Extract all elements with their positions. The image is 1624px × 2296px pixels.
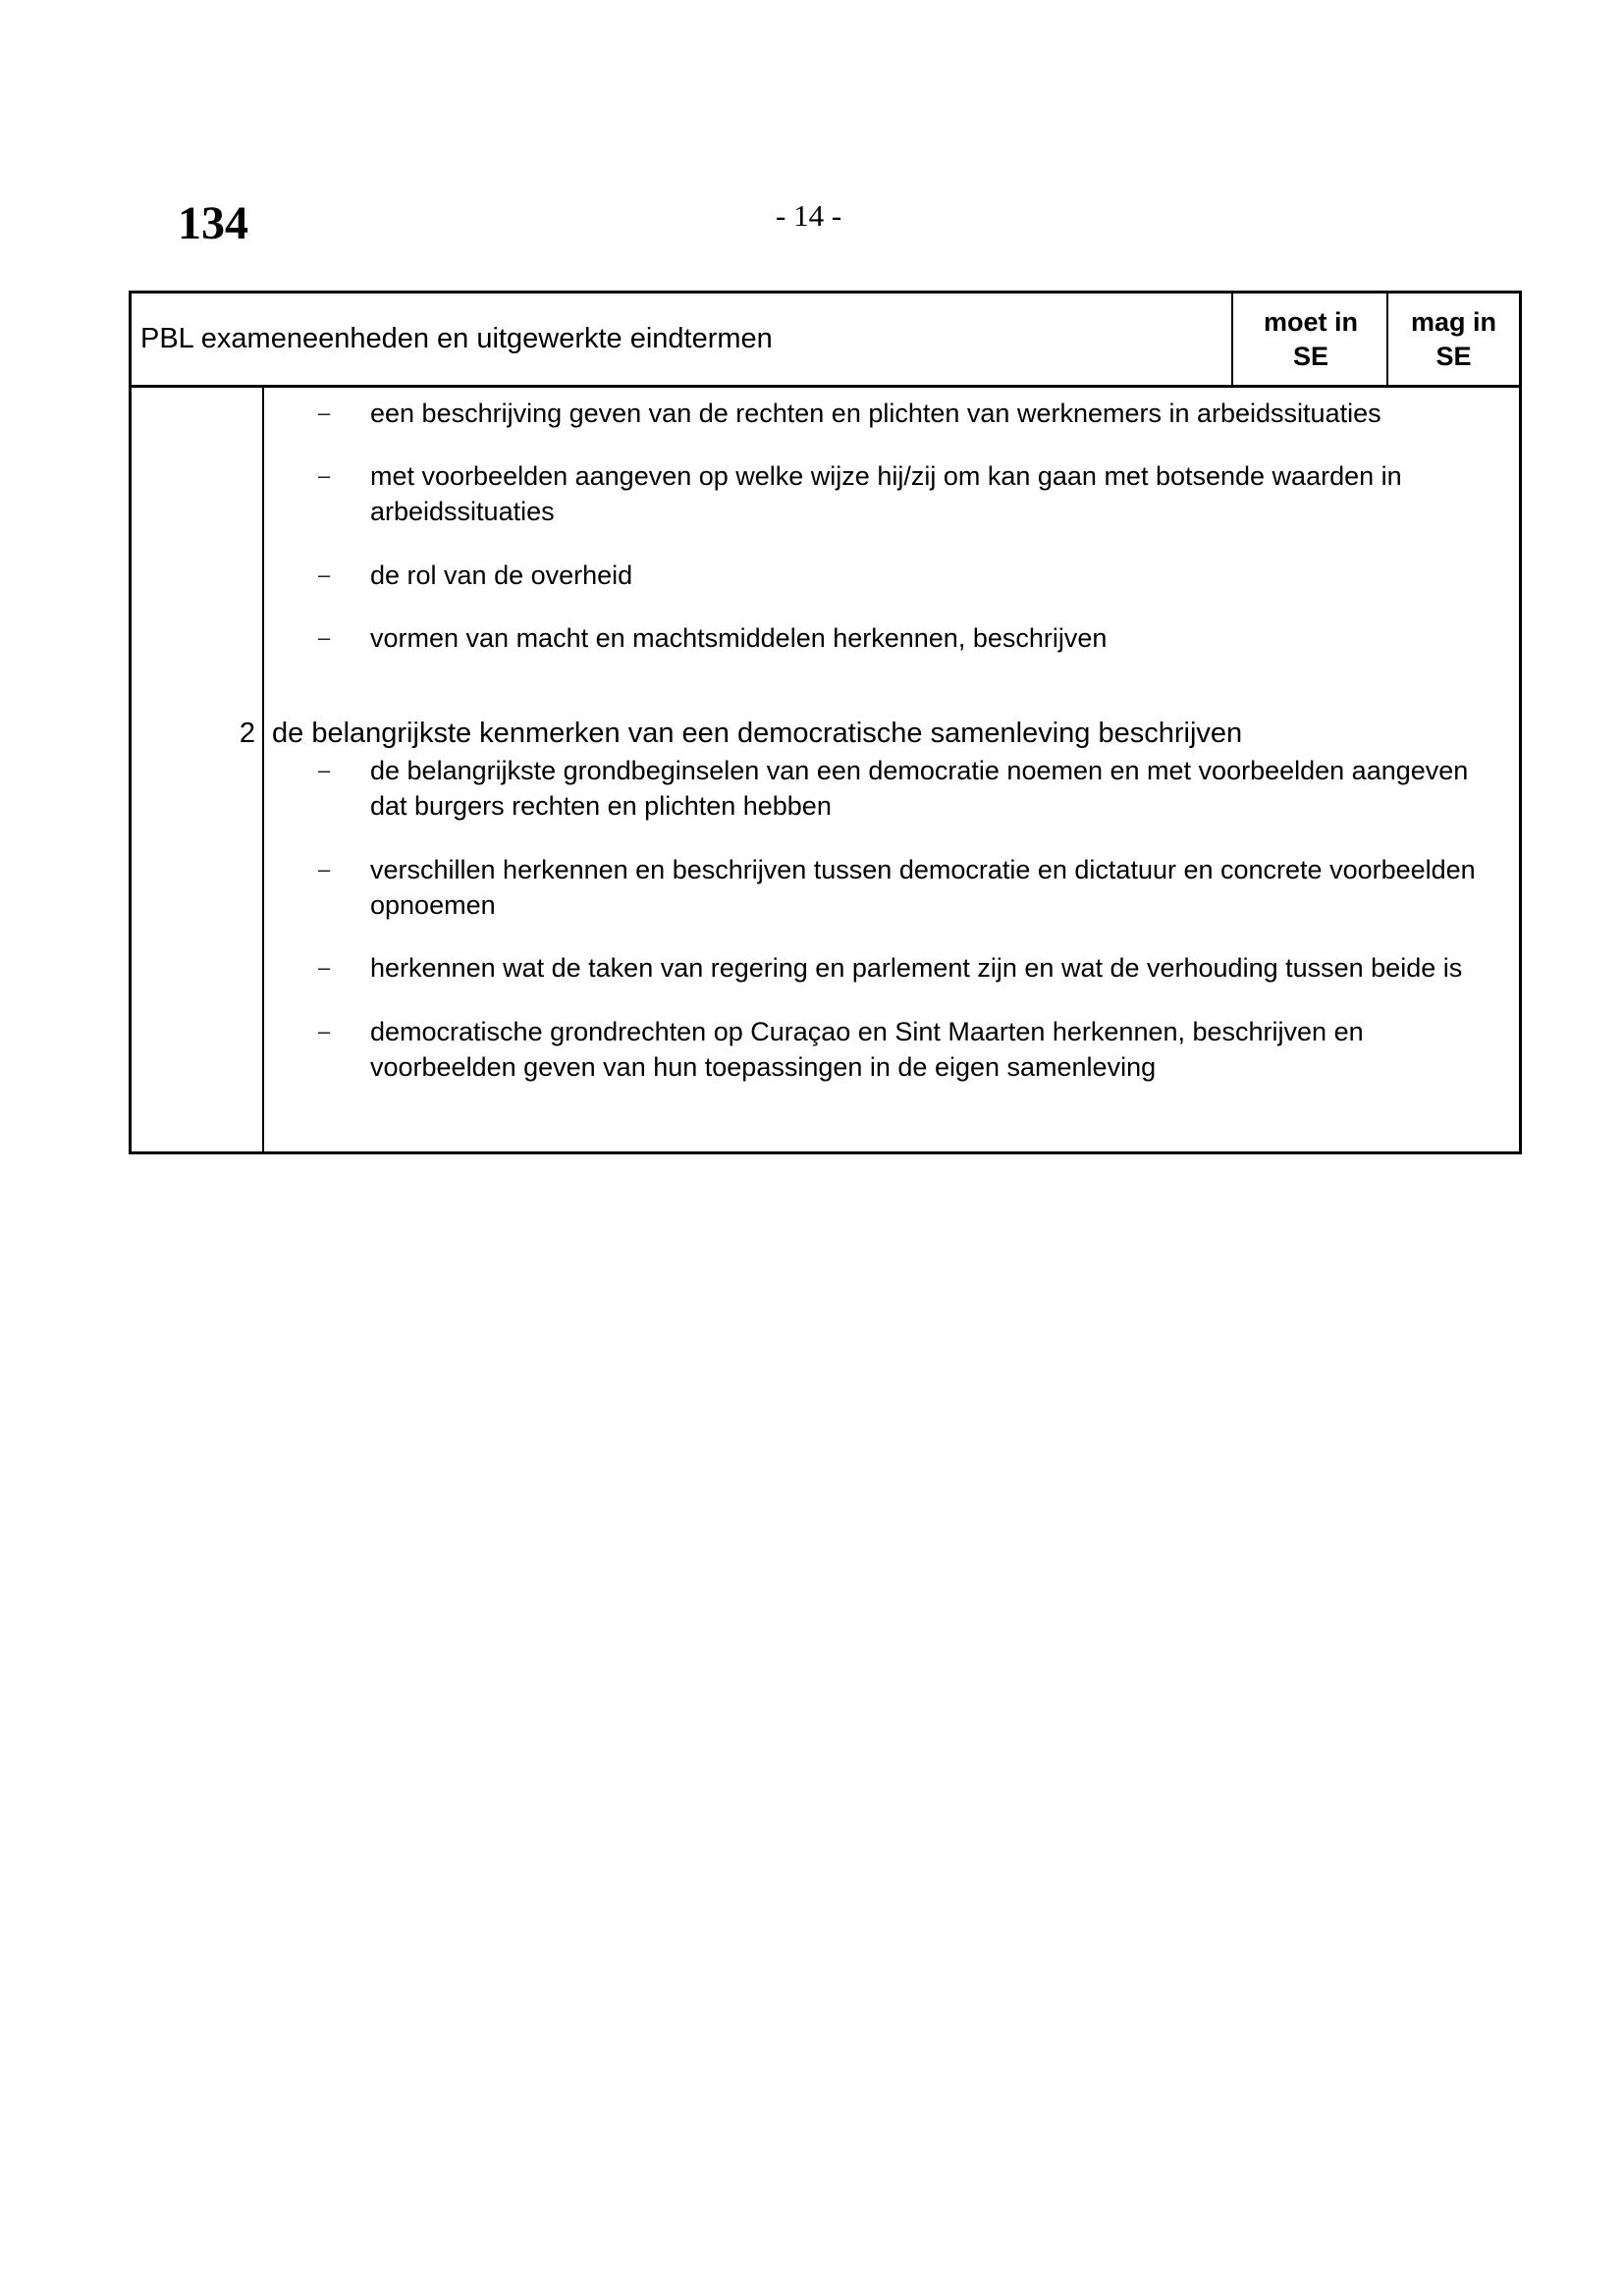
dash-bullet-icon: – bbox=[318, 458, 330, 494]
number-column-divider bbox=[262, 388, 264, 1151]
page-number: - 14 - bbox=[776, 198, 841, 234]
dash-bullet-icon: – bbox=[318, 620, 330, 656]
list-item-text: de rol van de overheid bbox=[370, 558, 1519, 593]
column-header-mag-in-se: mag in SE bbox=[1386, 294, 1519, 385]
eindtermen-table: PBL exameneenheden en uitgewerkte eindte… bbox=[129, 291, 1522, 1154]
list-item-text: vormen van macht en machtsmiddelen herke… bbox=[370, 620, 1519, 656]
dash-bullet-icon: – bbox=[318, 753, 330, 788]
list-item-text: verschillen herkennen en beschrijven tus… bbox=[370, 852, 1519, 923]
dash-bullet-icon: – bbox=[318, 1014, 330, 1049]
column-header-moet-line2: SE bbox=[1293, 340, 1328, 374]
column-header-moet-in-se: moet in SE bbox=[1231, 294, 1388, 385]
list-item-text: de belangrijkste grondbeginselen van een… bbox=[370, 753, 1519, 824]
list-item-text: een beschrijving geven van de rechten en… bbox=[370, 396, 1519, 431]
table-header-row: PBL exameneenheden en uitgewerkte eindte… bbox=[132, 294, 1519, 388]
column-header-moet-line1: moet in bbox=[1264, 305, 1358, 340]
dash-bullet-icon: – bbox=[318, 852, 330, 887]
table-header-title: PBL exameneenheden en uitgewerkte eindte… bbox=[140, 294, 773, 385]
dash-bullet-icon: – bbox=[318, 558, 330, 593]
dash-bullet-icon: – bbox=[318, 396, 330, 431]
section-number: 2 bbox=[222, 716, 255, 751]
list-item-text: met voorbeelden aangeven op welke wijze … bbox=[370, 458, 1519, 529]
document-code: 134 bbox=[178, 196, 248, 251]
column-header-mag-line1: mag in bbox=[1411, 305, 1496, 340]
section-title: de belangrijkste kenmerken van een democ… bbox=[272, 716, 1242, 751]
list-item-text: herkennen wat de taken van regering en p… bbox=[370, 950, 1519, 986]
dash-bullet-icon: – bbox=[318, 950, 330, 986]
column-header-mag-line2: SE bbox=[1435, 340, 1471, 374]
list-item-text: democratische grondrechten op Curaçao en… bbox=[370, 1014, 1519, 1085]
